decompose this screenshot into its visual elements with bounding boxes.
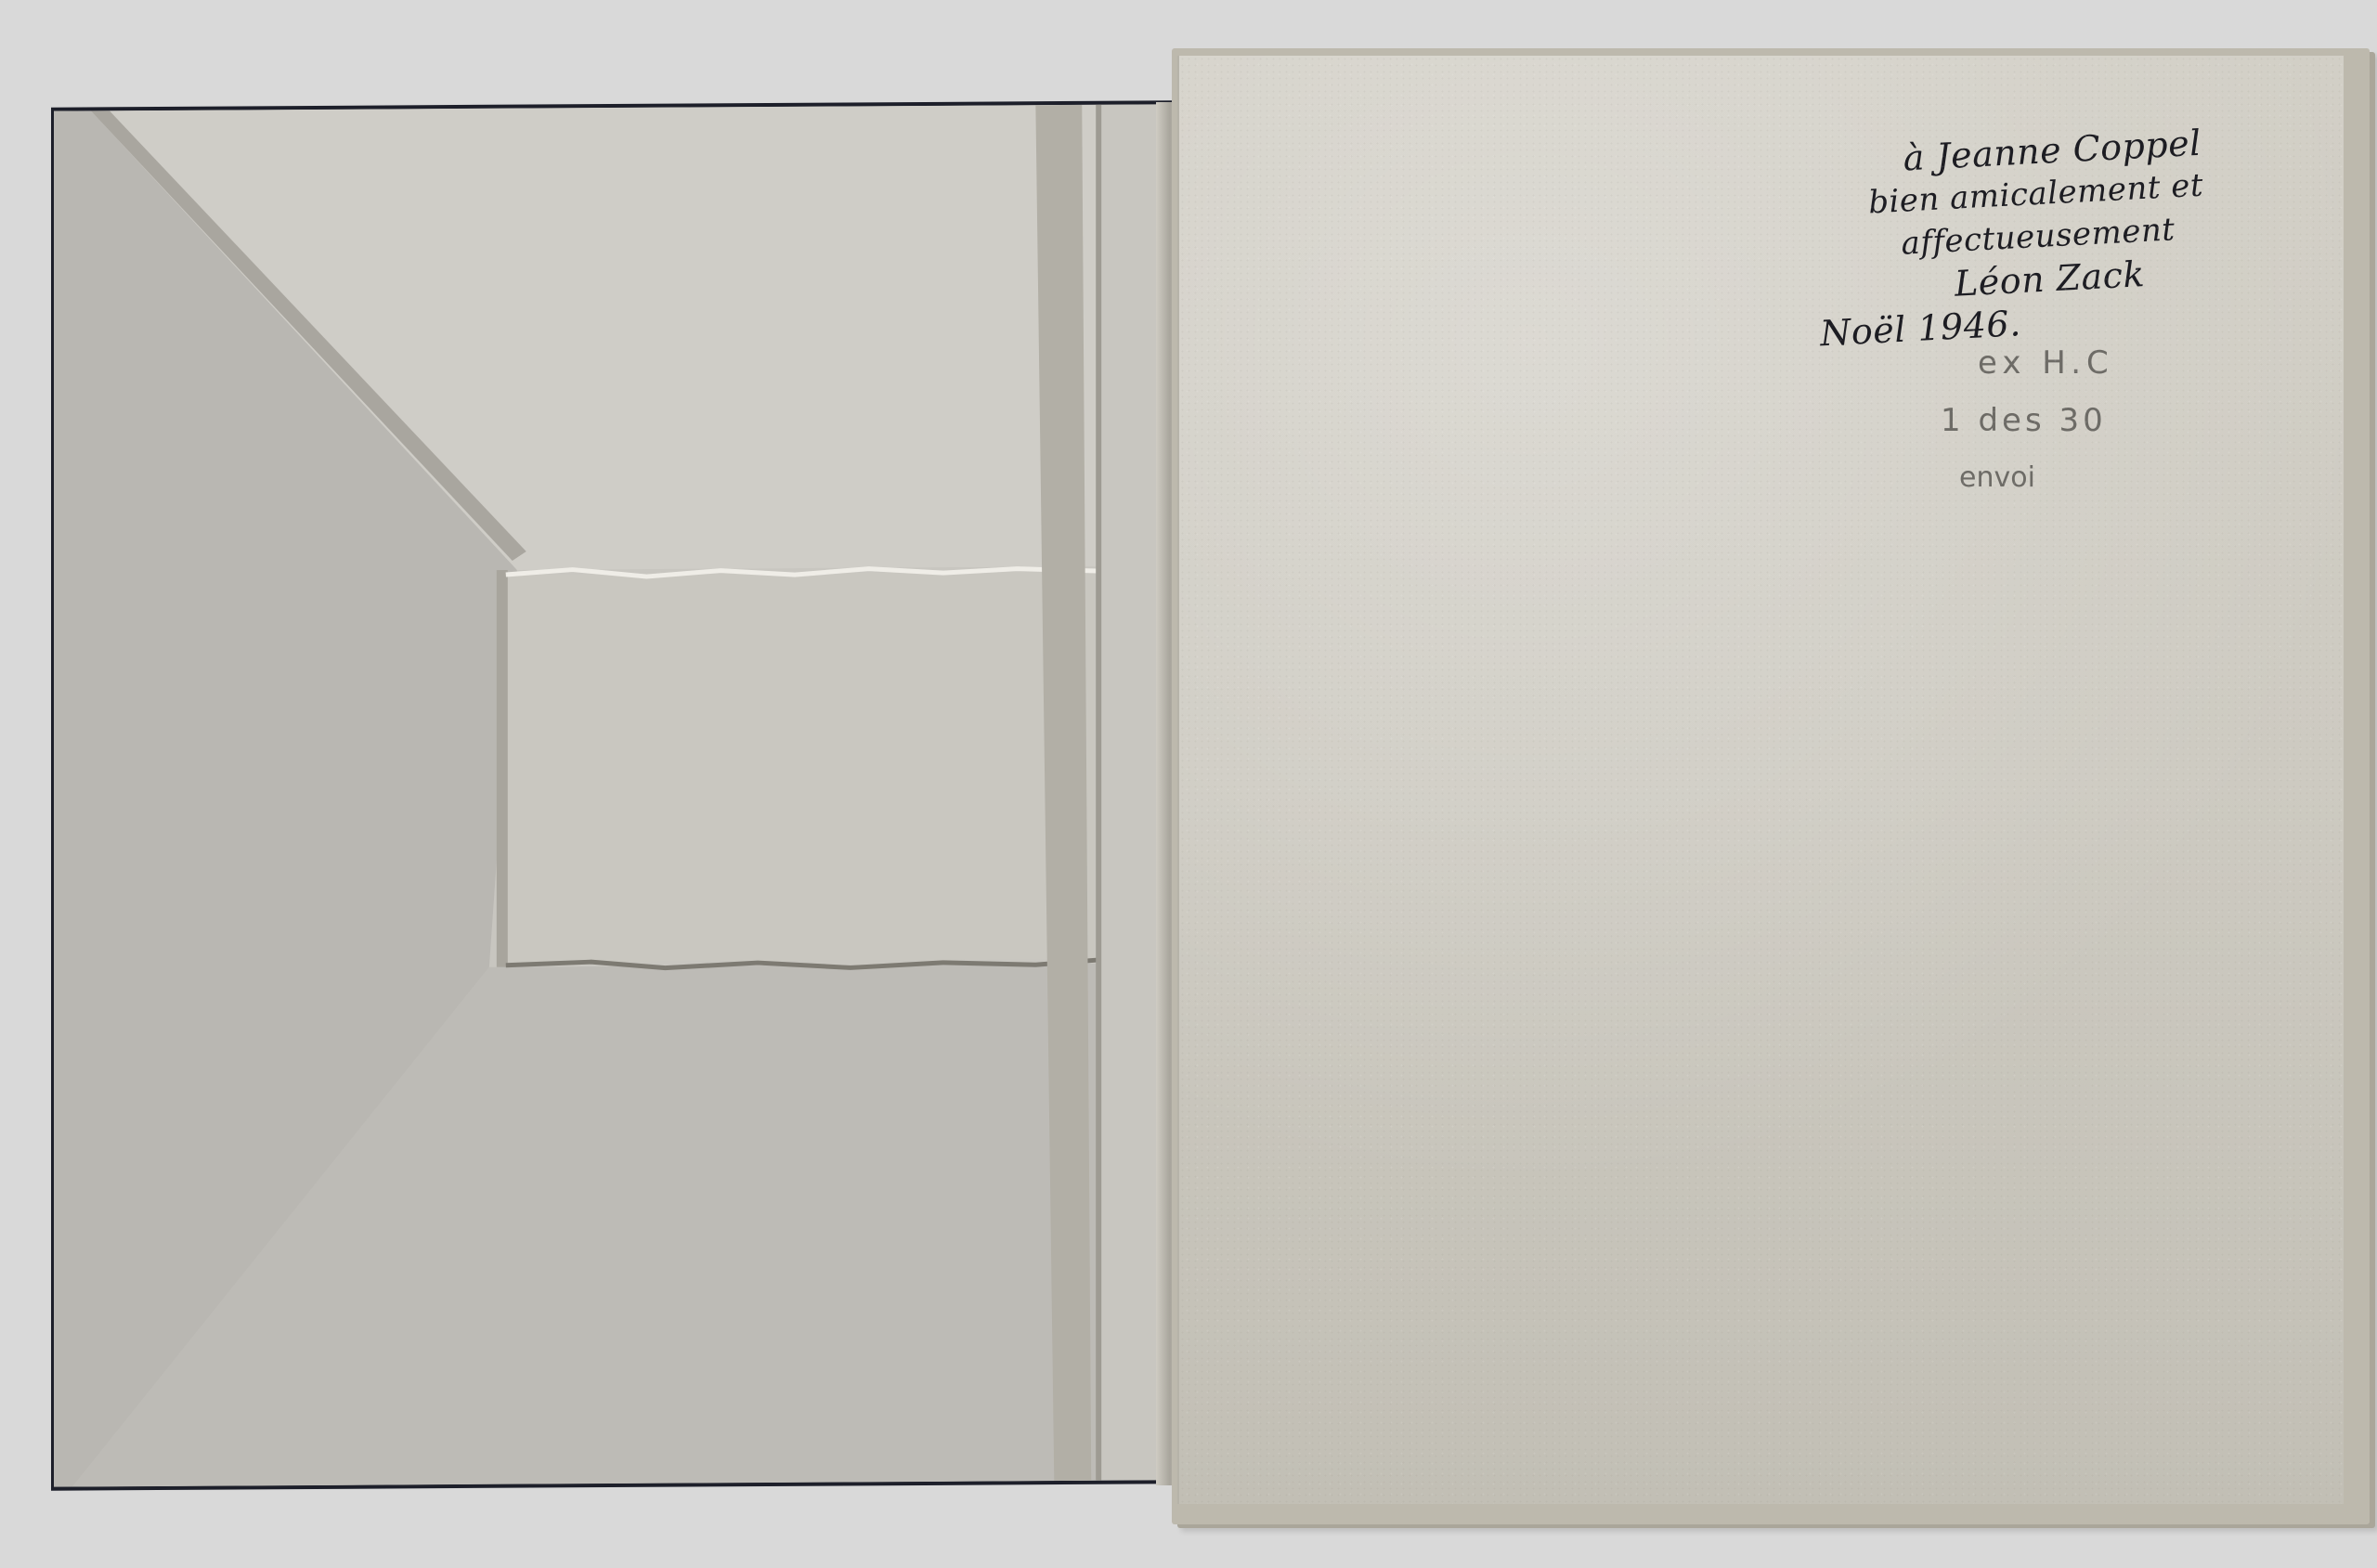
book-cover-left	[51, 100, 1175, 1490]
handwritten-dedication: à Jeanne Coppel bien amicalement et affe…	[1745, 115, 2331, 358]
title-leaf-page: à Jeanne Coppel bien amicalement et affe…	[1177, 56, 2344, 1504]
folded-flap	[54, 104, 1175, 1486]
flap-folds-icon	[54, 104, 1175, 1486]
pencil-note-count: 1 des 30	[1941, 392, 2201, 449]
pencil-note-envoi: envoi	[1959, 449, 2201, 507]
photo-scene: à Jeanne Coppel bien amicalement et affe…	[0, 0, 2377, 1568]
pencil-notes: ex H.C 1 des 30 envoi	[1941, 334, 2201, 507]
pencil-note-edition: ex H.C	[1978, 334, 2201, 392]
